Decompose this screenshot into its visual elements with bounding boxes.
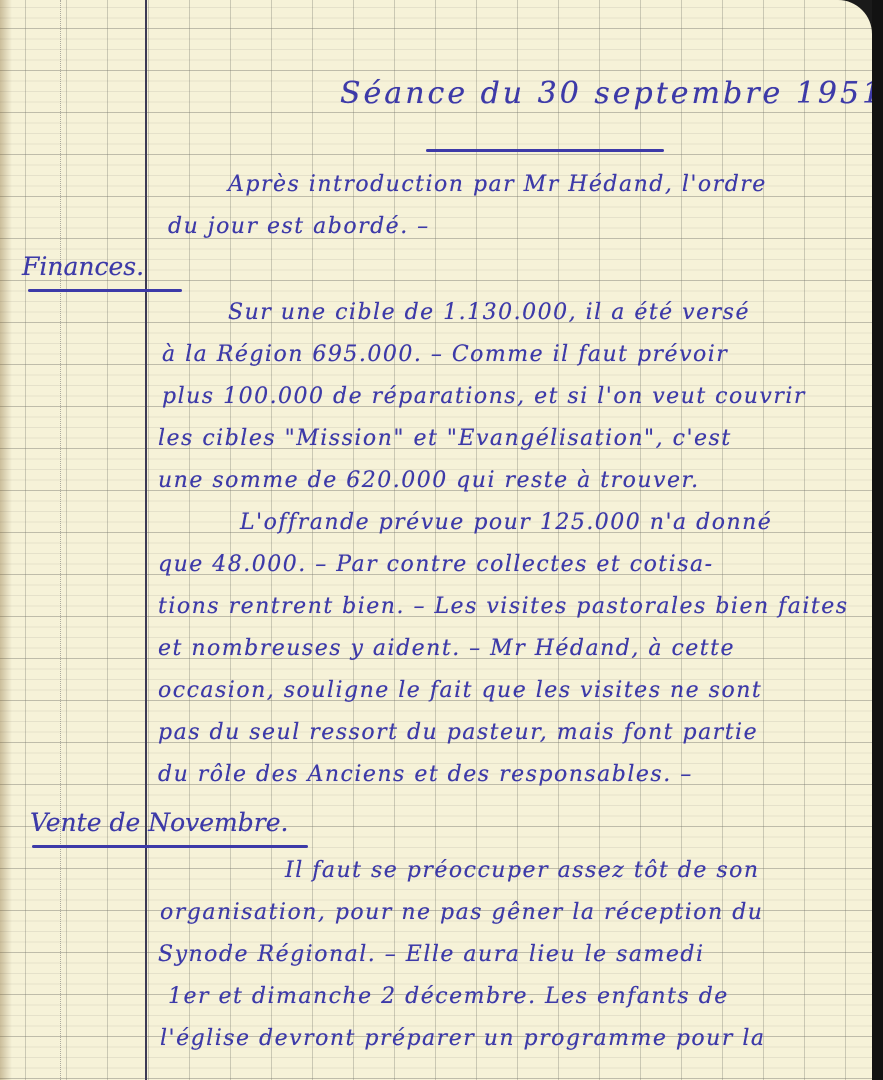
notebook-page: Séance du 30 septembre 1951 Après introd… [0,0,872,1080]
finances-line: L'offrande prévue pour 125.000 n'a donné [240,510,772,535]
margin-line [145,0,147,1080]
intro-line-1: Après introduction par Mr Hédand, l'ordr… [228,172,767,197]
finances-line: occasion, souligne le fait que les visit… [158,678,762,703]
notebook-edge [872,0,883,1080]
title-underline [426,149,664,152]
section-heading-vente: Vente de Novembre. [30,808,288,837]
page-title: Séance du 30 septembre 1951 [340,76,872,111]
finances-line: du rôle des Anciens et des responsables.… [158,762,693,787]
vente-line: organisation, pour ne pas gêner la récep… [160,900,763,925]
vente-line: 1er et dimanche 2 décembre. Les enfants … [168,984,729,1009]
finances-line: Sur une cible de 1.130.000, il a été ver… [228,300,750,325]
vente-line: Il faut se préoccuper assez tôt de son [285,858,760,883]
section-heading-finances: Finances. [22,252,144,281]
finances-line: à la Région 695.000. – Comme il faut pré… [162,342,728,367]
finances-line: une somme de 620.000 qui reste à trouver… [158,468,700,493]
finances-line: plus 100.000 de réparations, et si l'on … [162,384,806,409]
dotted-margin-line [60,0,61,1080]
finances-line: tions rentrent bien. – Les visites pasto… [158,594,849,619]
finances-line: pas du seul ressort du pasteur, mais fon… [158,720,758,745]
finances-underline [28,289,182,292]
vente-line: Synode Régional. – Elle aura lieu le sam… [158,942,705,967]
vente-line: l'église devront préparer un programme p… [160,1026,766,1051]
finances-line: que 48.000. – Par contre collectes et co… [158,552,714,577]
vente-underline [32,845,308,848]
finances-line: les cibles "Mission" et "Evangélisation"… [158,426,732,451]
intro-line-2: du jour est abordé. – [168,214,430,239]
finances-line: et nombreuses y aident. – Mr Hédand, à c… [158,636,735,661]
